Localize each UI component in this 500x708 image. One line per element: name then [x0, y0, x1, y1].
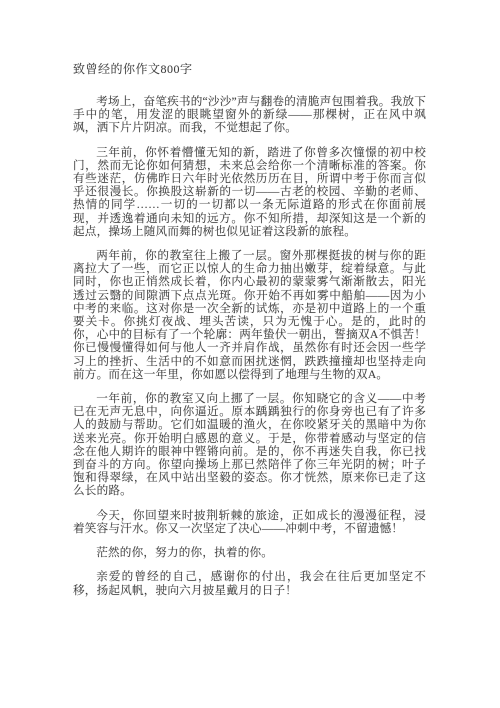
essay-paragraph-3: 两年前，你的教室往上搬了一层。窗外那棵挺拔的树与你的距离拉大了一些，而它正以惊人… — [73, 249, 426, 381]
essay-paragraph-1: 考场上，奋笔疾书的“沙沙”声与翻卷的清脆声包围着我。我放下手中的笔，用发涩的眼眺… — [73, 95, 426, 135]
essay-title: 致曾经的你作文800字 — [73, 62, 426, 76]
essay-paragraph-4: 一年前，你的教室又向上挪了一层。你知晓它的含义——中考已在无声无息中，向你逼近。… — [73, 392, 426, 498]
essay-paragraph-6: 茫然的你，努力的你，执着的你。 — [73, 546, 426, 559]
essay-paragraph-2: 三年前，你怀着懵懂无知的新，踏进了你曾多次憧憬的初中校门，然而无论你如何猜想，未… — [73, 146, 426, 238]
document-page: 致曾经的你作文800字 考场上，奋笔疾书的“沙沙”声与翻卷的清脆声包围着我。我放… — [0, 0, 500, 708]
essay-paragraph-5: 今天，你回望来时披荆斩棘的旅途，正如成长的漫漫征程，浸着笑容与汗水。你又一次坚定… — [73, 509, 426, 535]
essay-body: 致曾经的你作文800字 考场上，奋笔疾书的“沙沙”声与翻卷的清脆声包围着我。我放… — [73, 62, 426, 597]
essay-paragraph-7: 亲爱的曾经的自己，感谢你的付出，我会在往后更加坚定不移，扬起风帆，驶向六月披星戴… — [73, 570, 426, 596]
